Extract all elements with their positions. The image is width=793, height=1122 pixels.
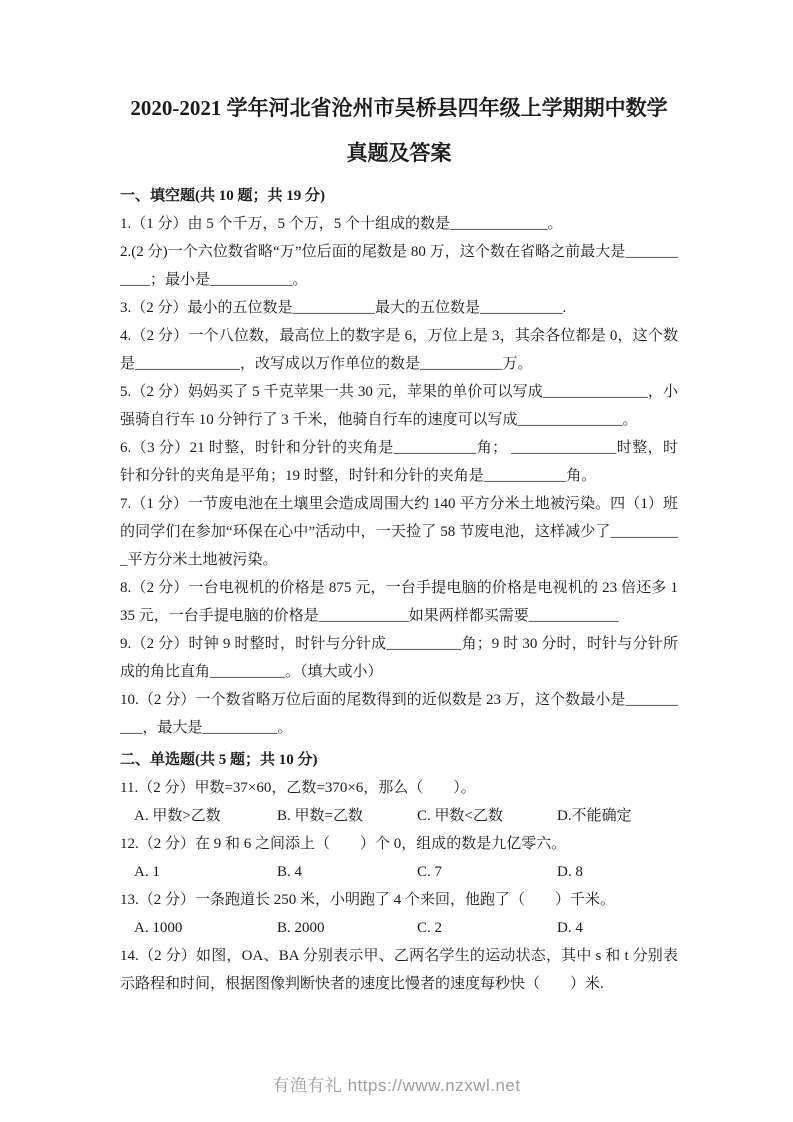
title-line-2: 真题及答案 xyxy=(120,131,678,176)
options-row: A. 1000B. 2000C. 2D. 4 xyxy=(120,914,678,942)
section-header-1: 一、填空题(共 10 题；共 19 分) xyxy=(120,182,678,210)
document-title: 2020-2021 学年河北省沧州市吴桥县四年级上学期期中数学 真题及答案 xyxy=(120,86,678,176)
sections-container: 一、填空题(共 10 题；共 19 分)1.（1 分）由 5 个千万，5 个万，… xyxy=(120,182,678,998)
footer-watermark: 有渔有礼 https://www.nzxwl.net xyxy=(0,1071,793,1096)
question-text: 5.（2 分）妈妈买了 5 千克苹果一共 30 元，苹果的单价可以写成_____… xyxy=(120,378,678,434)
option-label: C. 甲数<乙数 xyxy=(417,802,557,830)
question-text: 7.（1 分）一节废电池在土壤里会造成周围大约 140 平方分米土地被污染。四（… xyxy=(120,490,678,574)
question-text: 10.（2 分）一个数省略万位后面的尾数得到的近似数是 23 万，这个数最小是_… xyxy=(120,686,678,742)
option-label: D. 8 xyxy=(557,858,678,886)
options-row: A. 1B. 4C. 7D. 8 xyxy=(120,858,678,886)
section-header-2: 二、单选题(共 5 题；共 10 分) xyxy=(120,746,678,774)
exam-page: 2020-2021 学年河北省沧州市吴桥县四年级上学期期中数学 真题及答案 一、… xyxy=(0,0,793,1122)
question-text: 9.（2 分）时钟 9 时整时，时针与分针成__________角；9 时 30… xyxy=(120,630,678,686)
option-label: A. 1000 xyxy=(134,914,277,942)
option-label: B. 4 xyxy=(277,858,417,886)
option-label: C. 7 xyxy=(417,858,557,886)
exam-content: 2020-2021 学年河北省沧州市吴桥县四年级上学期期中数学 真题及答案 一、… xyxy=(0,0,793,998)
question-text: 12.（2 分）在 9 和 6 之间添上（ ）个 0，组成的数是九亿零六。 xyxy=(120,830,678,858)
option-label: B. 甲数=乙数 xyxy=(277,802,417,830)
option-label: D.不能确定 xyxy=(557,802,678,830)
question-text: 6.（3 分）21 时整，时针和分针的夹角是___________角； ____… xyxy=(120,434,678,490)
option-label: C. 2 xyxy=(417,914,557,942)
question-text: 4.（2 分）一个八位数，最高位上的数字是 6，万位上是 3，其余各位都是 0，… xyxy=(120,322,678,378)
option-label: A. 甲数>乙数 xyxy=(134,802,277,830)
option-label: D. 4 xyxy=(557,914,678,942)
question-text: 1.（1 分）由 5 个千万，5 个万，5 个十组成的数是___________… xyxy=(120,210,678,238)
options-row: A. 甲数>乙数B. 甲数=乙数C. 甲数<乙数D.不能确定 xyxy=(120,802,678,830)
question-text: 13.（2 分）一条跑道长 250 米，小明跑了 4 个来回，他跑了（ ）千米。 xyxy=(120,886,678,914)
option-label: B. 2000 xyxy=(277,914,417,942)
question-text: 8.（2 分）一台电视机的价格是 875 元，一台手提电脑的价格是电视机的 23… xyxy=(120,574,678,630)
question-text: 11.（2 分）甲数=37×60，乙数=370×6，那么（ ）。 xyxy=(120,774,678,802)
title-line-1: 2020-2021 学年河北省沧州市吴桥县四年级上学期期中数学 xyxy=(120,86,678,131)
question-text: 14.（2 分）如图，OA、BA 分别表示甲、乙两名学生的运动状态，其中 s 和… xyxy=(120,942,678,998)
question-text: 3.（2 分）最小的五位数是___________最大的五位数是________… xyxy=(120,294,678,322)
question-text: 2.(2 分)一个六位数省略“万”位后面的尾数是 80 万，这个数在省略之前最大… xyxy=(120,238,678,294)
option-label: A. 1 xyxy=(134,858,277,886)
